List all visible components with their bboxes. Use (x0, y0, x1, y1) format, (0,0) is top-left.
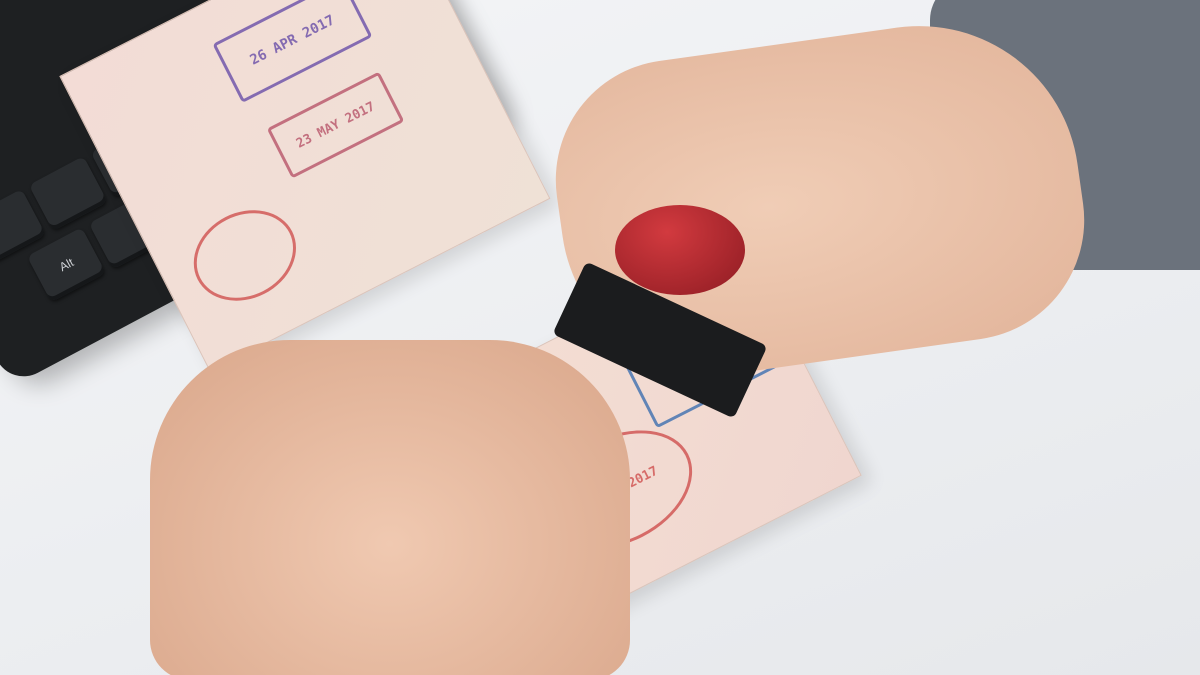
rubber-stamp-handle (615, 205, 745, 295)
left-hand (150, 340, 630, 675)
visa-stamp-oval (178, 193, 311, 318)
photo-scene: ▤ Alt 26 APR 2017 23 MAY 2017 24 JUN 201… (0, 0, 1200, 675)
visa-stamp: 23 MAY 2017 (267, 72, 405, 179)
